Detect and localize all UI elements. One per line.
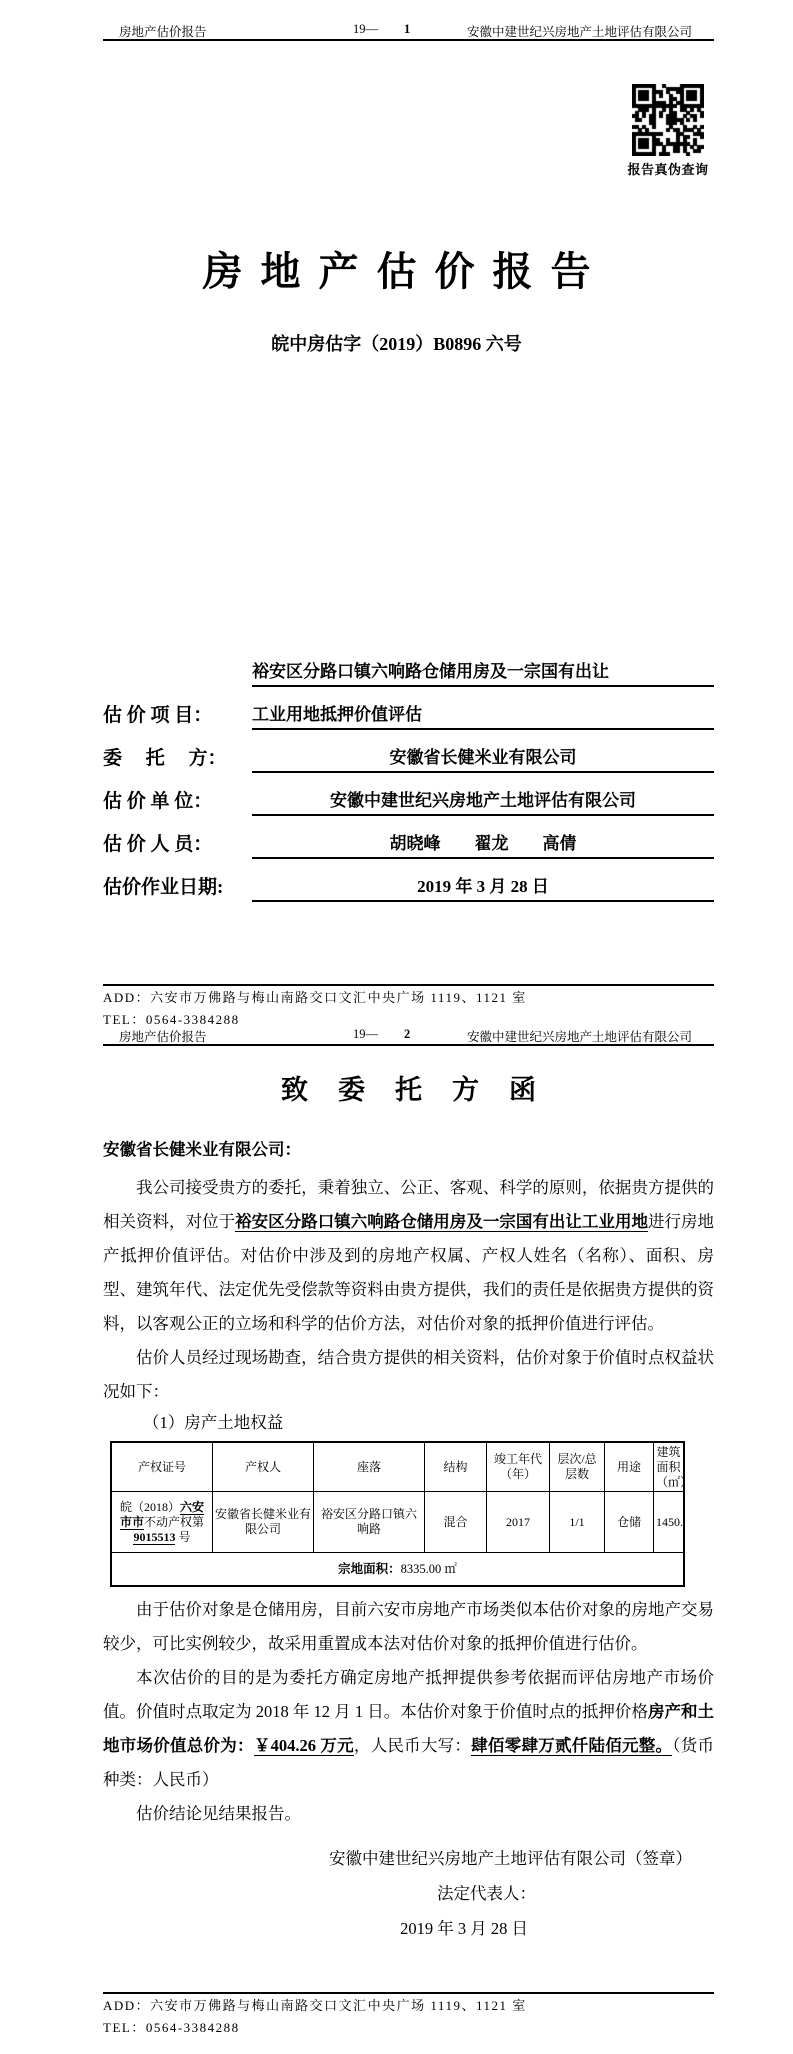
paragraph-method: 由于估价对象是仓储用房，目前六安市房地产市场类似本估价对象的房地产交易较少，可比…	[103, 1593, 714, 1661]
col-floor-area: 建筑面积（㎡）	[654, 1442, 685, 1492]
valuation-amount: ￥404.26 万元	[254, 1736, 354, 1756]
cell-area: 1450.80	[654, 1492, 685, 1553]
letter-to-client: 致委托方函 安徽省长健米业有限公司： 我公司接受贵方的委托，秉着独立、公正、客观…	[103, 1068, 714, 1946]
header-page-number: 1	[404, 22, 410, 37]
form-row-project: 估 价 项 目： 裕安区分路口镇六响路仓储用房及一宗国有出让 工业用地抵押价值评…	[103, 644, 714, 730]
signature-company: 安徽中建世纪兴房地产土地评估有限公司（签章）	[103, 1841, 714, 1876]
table-header-row: 产权证号 产权人 座落 结构 竣工年代（年） 层次/总层数 用途 建筑面积（㎡）	[111, 1442, 684, 1492]
form-value-date: 2019 年 3 月 28 日	[252, 859, 714, 902]
signature-legal-representative: 法定代表人：	[103, 1876, 714, 1911]
subject-property-name: 裕安区分路口镇六响路仓储用房及一宗国有出让工业用地	[235, 1212, 648, 1232]
page2-footer: ADD：六安市万佛路与梅山南路交口文汇中央广场 1119、1121 室 TEL：…	[103, 1992, 714, 2038]
cell-use: 仓储	[605, 1492, 654, 1553]
col-completion-year: 竣工年代（年）	[487, 1442, 550, 1492]
header-doc-title: 房地产估价报告	[119, 1027, 207, 1045]
footer-address: ADD：六安市万佛路与梅山南路交口文汇中央广场 1119、1121 室	[103, 1994, 714, 2016]
form-label-project: 估 价 项 目：	[103, 688, 252, 730]
report-document: 房地产估价报告 19— 1 安徽中建世纪兴房地产土地评估有限公司 报告真伪查询 …	[0, 0, 793, 2054]
cell-structure: 混合	[425, 1492, 487, 1553]
form-value-appraisers: 胡晓峰 翟龙 高倩	[252, 816, 714, 859]
cert-suffix: 号	[175, 1530, 190, 1544]
col-structure: 结构	[425, 1442, 487, 1492]
form-label-date: 估价作业日期:	[103, 860, 252, 902]
letter-salutation: 安徽省长健米业有限公司：	[103, 1137, 714, 1163]
form-label-appraisers: 估 价 人 员：	[103, 817, 252, 859]
cert-serial: 9015513	[133, 1530, 175, 1545]
valuation-amount-caps: 肆佰零肆万贰仟陆佰元整。	[471, 1736, 672, 1756]
valuation-purpose-text: 本次估价的目的是为委托方确定房地产抵押提供参考依据而评估房地产市场价值。价值时点…	[103, 1668, 714, 1721]
cert-prefix: 皖（2018）	[120, 1500, 180, 1514]
cell-land-area: 宗地面积：8335.00 ㎡	[111, 1553, 684, 1587]
paragraph-valuation: 本次估价的目的是为委托方确定房地产抵押提供参考依据而评估房地产市场价值。价值时点…	[103, 1661, 714, 1797]
header-doc-title: 房地产估价报告	[119, 22, 207, 40]
paragraph-conclusion: 估价结论见结果报告。	[103, 1797, 714, 1831]
property-rights-table: 产权证号 产权人 座落 结构 竣工年代（年） 层次/总层数 用途 建筑面积（㎡）…	[110, 1441, 685, 1587]
cell-owner: 安徽省长健米业有限公司	[213, 1492, 314, 1553]
form-label-agency: 估 价 单 位：	[103, 774, 252, 816]
form-value-agency: 安徽中建世纪兴房地产土地评估有限公司	[252, 773, 714, 816]
form-row-appraisers: 估 价 人 员： 胡晓峰 翟龙 高倩	[103, 816, 714, 859]
land-area-label: 宗地面积：	[338, 1562, 401, 1576]
page1-footer: ADD：六安市万佛路与梅山南路交口文汇中央广场 1119、1121 室 TEL：…	[103, 984, 714, 1030]
cell-cert-number: 皖（2018）六安市市不动产权第 9015513 号	[111, 1492, 213, 1553]
form-value-project-line1: 裕安区分路口镇六响路仓储用房及一宗国有出让	[252, 644, 714, 687]
report-doc-number: 皖中房估字（2019）B0896 六号	[0, 330, 793, 356]
header-report-code: 19—	[353, 22, 378, 37]
signature-date: 2019 年 3 月 28 日	[103, 1911, 714, 1946]
header-company-name: 安徽中建世纪兴房地产土地评估有限公司	[467, 1027, 692, 1045]
header-company-name: 安徽中建世纪兴房地产土地评估有限公司	[467, 22, 692, 40]
report-main-title: 房地产估价报告	[0, 240, 793, 297]
qr-verification-block: 报告真伪查询	[626, 84, 710, 178]
valuation-caps-label: ，人民币大写：	[354, 1736, 471, 1755]
page2-header: 房地产估价报告 19— 2 安徽中建世纪兴房地产土地评估有限公司	[103, 1027, 714, 1046]
form-row-date: 估价作业日期: 2019 年 3 月 28 日	[103, 859, 714, 902]
header-page-number: 2	[404, 1027, 410, 1042]
cell-floors: 1/1	[550, 1492, 605, 1553]
form-row-client: 委 托 方： 安徽省长健米业有限公司	[103, 730, 714, 773]
col-cert-number: 产权证号	[111, 1442, 213, 1492]
col-owner: 产权人	[213, 1442, 314, 1492]
col-floors: 层次/总层数	[550, 1442, 605, 1492]
cover-form: 估 价 项 目： 裕安区分路口镇六响路仓储用房及一宗国有出让 工业用地抵押价值评…	[103, 644, 714, 902]
signature-block: 安徽中建世纪兴房地产土地评估有限公司（签章） 法定代表人： 2019 年 3 月…	[103, 1841, 714, 1946]
footer-address: ADD：六安市万佛路与梅山南路交口文汇中央广场 1119、1121 室	[103, 986, 714, 1008]
col-location: 座落	[314, 1442, 425, 1492]
col-use: 用途	[605, 1442, 654, 1492]
header-report-code: 19—	[353, 1027, 378, 1042]
form-label-client: 委 托 方：	[103, 731, 252, 773]
cert-mid: 不动产权第	[144, 1515, 204, 1529]
land-area-value: 8335.00 ㎡	[401, 1562, 457, 1576]
form-row-agency: 估 价 单 位： 安徽中建世纪兴房地产土地评估有限公司	[103, 773, 714, 816]
paragraph-commission: 我公司接受贵方的委托，秉着独立、公正、客观、科学的原则，依据贵方提供的相关资料，…	[103, 1171, 714, 1341]
list-item-property-rights: （1）房产土地权益	[103, 1409, 714, 1437]
footer-telephone: TEL：0564-3384288	[103, 2016, 714, 2038]
letter-title: 致委托方函	[103, 1068, 714, 1107]
table-row: 皖（2018）六安市市不动产权第 9015513 号 安徽省长健米业有限公司 裕…	[111, 1492, 684, 1553]
paragraph-survey: 估价人员经过现场勘查，结合贵方提供的相关资料，估价对象于价值时点权益状况如下：	[103, 1341, 714, 1409]
qr-label: 报告真伪查询	[626, 159, 710, 178]
form-value-client: 安徽省长健米业有限公司	[252, 730, 714, 773]
cell-location: 裕安区分路口镇六响路	[314, 1492, 425, 1553]
qr-code-icon	[632, 84, 704, 156]
form-value-project-line2: 工业用地抵押价值评估	[252, 687, 714, 730]
cell-year: 2017	[487, 1492, 550, 1553]
page1-header: 房地产估价报告 19— 1 安徽中建世纪兴房地产土地评估有限公司	[103, 22, 714, 41]
table-land-row: 宗地面积：8335.00 ㎡	[111, 1553, 684, 1587]
